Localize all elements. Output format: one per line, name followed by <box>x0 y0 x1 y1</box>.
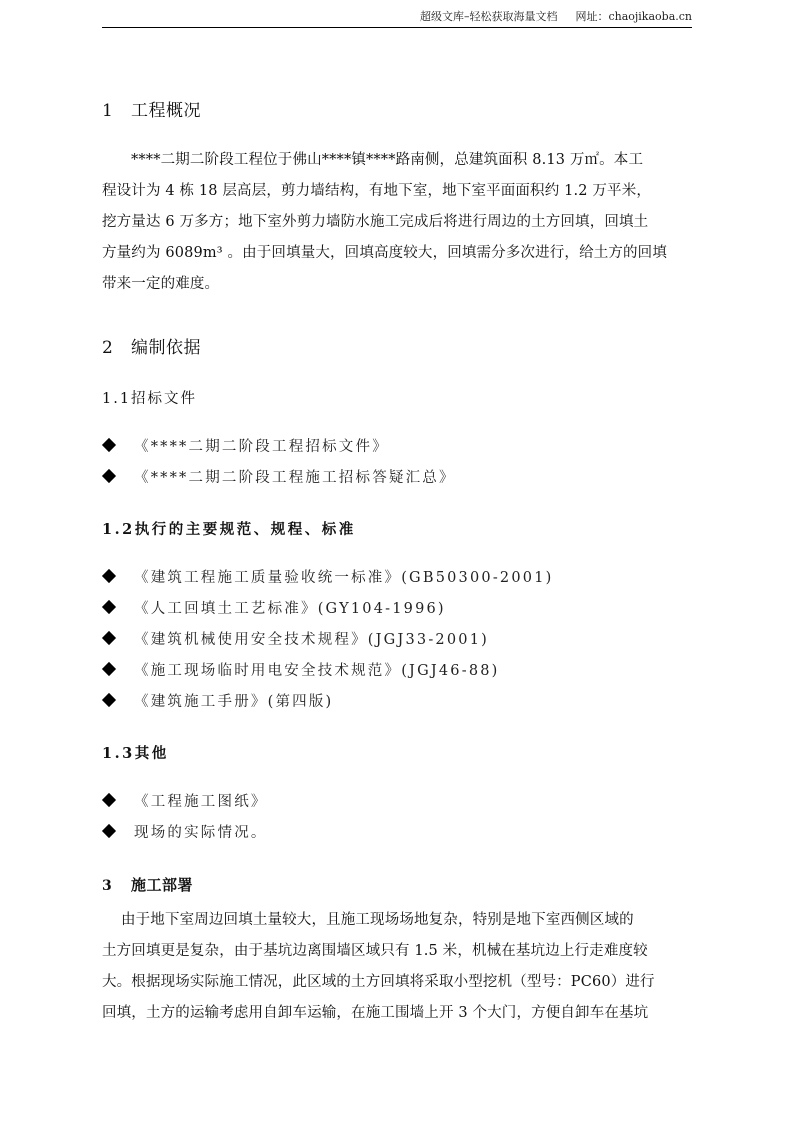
section-title: 编制依据 <box>131 338 201 358</box>
diamond-bullet-icon <box>102 600 116 614</box>
paragraph-line: 回填，土方的运输考虑用自卸车运输，在施工围墙上开 3 个大门，方便自卸车在基坑 <box>102 998 692 1029</box>
paragraph-line: 大。根据现场实际施工情况，此区域的土方回填将采取小型挖机（型号：PC60）进行 <box>102 967 692 998</box>
subsection-heading-1-3: 1.3其他 <box>102 742 169 763</box>
list-item: 《人工回填土工艺标准》(GY104-1996) <box>102 599 446 619</box>
section-heading-2: 2编制依据 <box>102 333 201 358</box>
page-header: 超级文库–轻松获取海量文档网址：chaojikaoba.cn <box>102 8 692 28</box>
section-title: 施工部署 <box>131 876 193 894</box>
paragraph-line: 程设计为 4 栋 18 层高层，剪力墙结构，有地下室，地下室平面面积约 1.2 … <box>102 176 692 207</box>
list-item-text: 《****二期二阶段工程施工招标答疑汇总》 <box>134 470 456 486</box>
diamond-bullet-icon <box>102 438 116 452</box>
list-item-text: 《工程施工图纸》 <box>134 794 268 810</box>
diamond-bullet-icon <box>102 824 116 838</box>
section-heading-3: 3施工部署 <box>102 874 193 895</box>
list-item-text: 《人工回填土工艺标准》(GY104-1996) <box>134 601 446 617</box>
paragraph-line: 带来一定的难度。 <box>102 269 692 300</box>
paragraph-line: 由于地下室周边回填土量较大，且施工现场场地复杂，特别是地下室西侧区域的 <box>102 905 692 936</box>
diamond-bullet-icon <box>102 569 116 583</box>
subsection-heading-1-2: 1.2执行的主要规范、规程、标准 <box>102 518 356 539</box>
section-title: 工程概况 <box>131 101 201 121</box>
list-item-text: 《建筑机械使用安全技术规程》(JGJ33-2001) <box>134 632 489 648</box>
header-title: 超级文库–轻松获取海量文档 <box>420 10 558 23</box>
paragraph-deployment: 由于地下室周边回填土量较大，且施工现场场地复杂，特别是地下室西侧区域的 土方回填… <box>102 905 692 1029</box>
section-number: 3 <box>102 878 131 894</box>
list-item: 《建筑施工手册》(第四版) <box>102 692 333 712</box>
list-item-text: 《****二期二阶段工程招标文件》 <box>134 439 389 455</box>
list-item: 《****二期二阶段工程招标文件》 <box>102 437 389 457</box>
header-site: 网址：chaojikaoba.cn <box>575 10 692 23</box>
list-item-text: 现场的实际情况。 <box>134 825 268 841</box>
list-item: 《施工现场临时用电安全技术规范》(JGJ46-88) <box>102 661 500 681</box>
list-item-text: 《施工现场临时用电安全技术规范》(JGJ46-88) <box>134 663 500 679</box>
section-number: 2 <box>102 338 131 358</box>
diamond-bullet-icon <box>102 693 116 707</box>
section-number: 1 <box>102 101 131 121</box>
list-item: 《****二期二阶段工程施工招标答疑汇总》 <box>102 468 456 488</box>
paragraph-overview: ****二期二阶段工程位于佛山****镇****路南侧，总建筑面积 8.13 万… <box>102 145 692 300</box>
list-item: 《建筑工程施工质量验收统一标准》(GB50300-2001) <box>102 568 553 588</box>
paragraph-line: 方量约为 6089m³ 。由于回填量大，回填高度较大，回填需分多次进行，给土方的… <box>102 238 692 269</box>
paragraph-line: ****二期二阶段工程位于佛山****镇****路南侧，总建筑面积 8.13 万… <box>102 145 692 176</box>
diamond-bullet-icon <box>102 662 116 676</box>
list-item-text: 《建筑工程施工质量验收统一标准》(GB50300-2001) <box>134 570 553 586</box>
list-item: 《工程施工图纸》 <box>102 792 268 812</box>
diamond-bullet-icon <box>102 793 116 807</box>
paragraph-line: 挖方量达 6 万多方；地下室外剪力墙防水施工完成后将进行周边的土方回填，回填土 <box>102 207 692 238</box>
section-heading-1: 1工程概况 <box>102 96 201 121</box>
diamond-bullet-icon <box>102 469 116 483</box>
list-item: 现场的实际情况。 <box>102 823 268 843</box>
list-item: 《建筑机械使用安全技术规程》(JGJ33-2001) <box>102 630 489 650</box>
paragraph-line: 土方回填更是复杂，由于基坑边离围墙区域只有 1.5 米，机械在基坑边上行走难度较 <box>102 936 692 967</box>
list-item-text: 《建筑施工手册》(第四版) <box>134 694 333 710</box>
subsection-heading-1-1: 1.1招标文件 <box>102 387 197 408</box>
diamond-bullet-icon <box>102 631 116 645</box>
